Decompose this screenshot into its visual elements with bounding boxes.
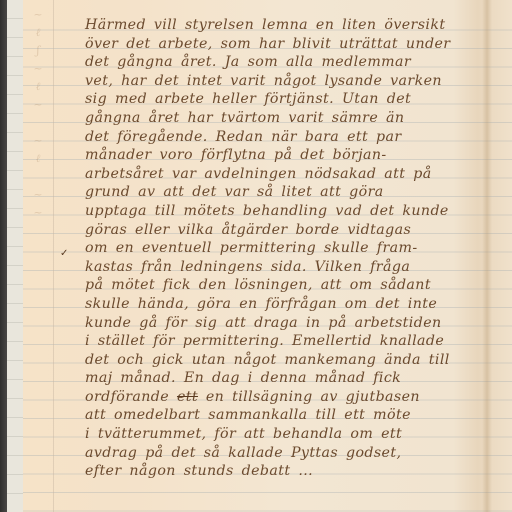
text-line-18: i stället för permittering. Emellertid k…: [85, 332, 505, 351]
text-line-5: sig med arbete heller förtjänst. Utan de…: [85, 90, 505, 109]
text-line-13: om en eventuell permittering skulle fram…: [85, 239, 505, 258]
handwritten-text: Härmed vill styrelsen lemna en liten öve…: [85, 16, 505, 481]
manuscript-page: ~ℓʃ~ℓ~~ℓ~~ ✓ Härmed vill styrelsen lemna…: [23, 0, 512, 512]
text-line-19: det och gick utan något mankemang ända t…: [85, 351, 505, 370]
text-line-4: vet, har det intet varit något lysande v…: [85, 72, 505, 91]
bleed-through-text: ~ℓʃ~ℓ~~ℓ~~: [23, 0, 53, 266]
previous-page-edge: [7, 0, 24, 512]
struck-out-word: ett: [177, 389, 198, 405]
text-line-3: det gångna året. Ja som alla medlemmar: [85, 53, 505, 72]
text-line-16: skulle hända, göra en förfrågan om det i…: [85, 295, 505, 314]
text-line-1: Härmed vill styrelsen lemna en liten öve…: [85, 16, 505, 35]
scanned-manuscript: ~ℓʃ~ℓ~~ℓ~~ ✓ Härmed vill styrelsen lemna…: [0, 0, 512, 512]
text-line-7: det föregående. Redan när bara ett par: [85, 128, 505, 147]
text-line-23: i tvätterummet, för att behandla om ett: [85, 425, 505, 444]
text-line-21: ordförande ett en tillsägning av gjutbas…: [85, 388, 505, 407]
text-line-25: efter någon stunds debatt ...: [85, 462, 505, 481]
text-line-15: på mötet fick den lösningen, att om såda…: [85, 276, 505, 295]
text-line-11: upptaga till mötets behandling vad det k…: [85, 202, 505, 221]
margin-check-mark: ✓: [60, 248, 68, 259]
text-line-20: maj månad. En dag i denna månad fick: [85, 369, 505, 388]
text-line-14: kastas från ledningens sida. Vilken fråg…: [85, 258, 505, 277]
text-line-10: grund av att det var så litet att göra: [85, 183, 505, 202]
scanner-edge: [0, 0, 7, 512]
text-line-2: över det arbete, som har blivit uträttat…: [85, 35, 505, 54]
text-line-8: månader voro förflytna på det början-: [85, 146, 505, 165]
text-line-17: kunde gå för sig att draga in på arbetst…: [85, 314, 505, 333]
text-line-12: göras eller vilka åtgärder borde vidtaga…: [85, 221, 505, 240]
text-line-9: arbetsåret var avdelningen nödsakad att …: [85, 165, 505, 184]
text-line-6: gångna året har tvärtom varit sämre än: [85, 109, 505, 128]
text-line-22: att omedelbart sammankalla till ett möte: [85, 406, 505, 425]
margin-rule: [53, 0, 54, 512]
text-line-24: avdrag på det så kallade Pyttas godset,: [85, 444, 505, 463]
